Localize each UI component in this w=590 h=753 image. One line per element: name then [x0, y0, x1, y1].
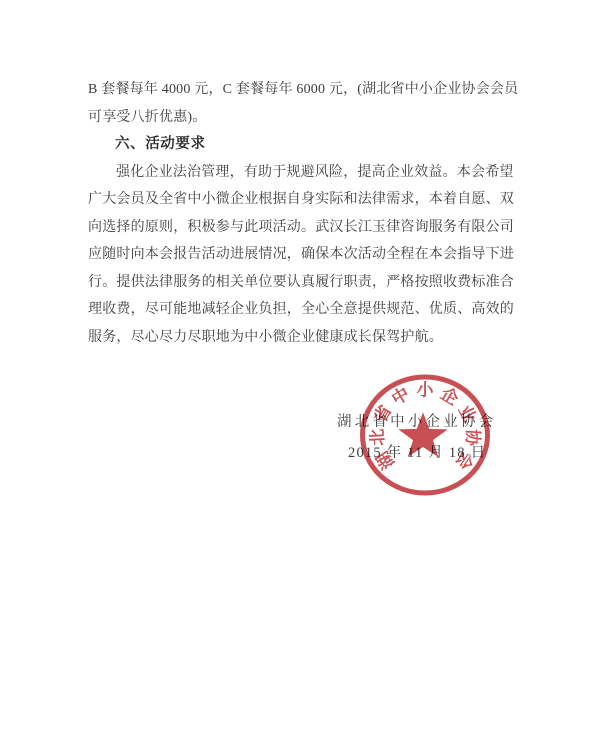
seal-arc-char: 业: [455, 402, 480, 426]
document-body: B 套餐每年 4000 元，C 套餐每年 6000 元，(湖北省中小企业协会会员…: [88, 76, 518, 351]
paragraph-line: 理收费，尽可能地减轻企业负担，全心全意提供规范、优质、高效的: [88, 296, 518, 324]
seal-arc-char: 小: [417, 380, 435, 400]
paragraph-line: 服务，尽心尽力尽职地为中小微企业健康成长保驾护航。: [88, 324, 518, 352]
paragraph-line: 向选择的原则，积极参与此项活动。武汉长江玉律咨询服务有限公司: [88, 214, 518, 242]
paragraph-line: 应随时向本会报告活动进展情况，确保本次活动全程在本会指导下进: [88, 241, 518, 269]
intro-line: 可享受八折优惠)。: [88, 104, 518, 132]
seal-star-icon: [398, 412, 447, 457]
official-seal: 湖北省中小企业协会: [355, 365, 495, 505]
intro-line: B 套餐每年 4000 元，C 套餐每年 6000 元，(湖北省中小企业协会会员: [88, 76, 518, 104]
seal-arc-char: 北: [368, 428, 388, 446]
paragraph-line: 广大会员及全省中小微企业根据自身实际和法律需求，本着自愿、双: [88, 186, 518, 214]
section-heading: 六、活动要求: [88, 131, 518, 159]
seal-arc-char: 协: [462, 428, 483, 447]
paragraph-line: 强化企业法治管理，有助于规避风险，提高企业效益。本会希望: [88, 159, 518, 187]
document-page: B 套餐每年 4000 元，C 套餐每年 6000 元，(湖北省中小企业协会会员…: [0, 0, 590, 753]
paragraph-line: 行。提供法律服务的相关单位要认真履行职责，严格按照收费标准合: [88, 269, 518, 297]
